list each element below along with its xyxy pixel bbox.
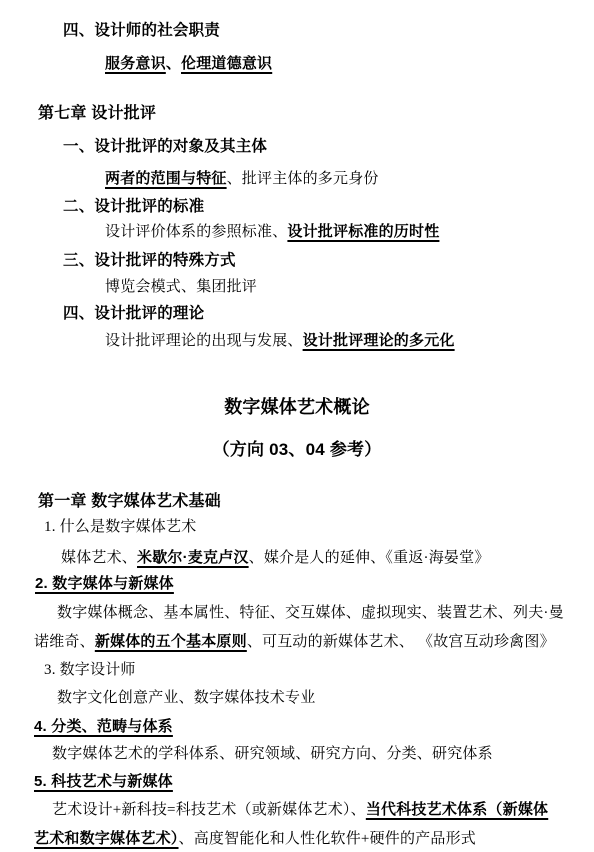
text-run: 、高度智能化和人性化软件+硬件的产品形式 [179,831,476,847]
keypoint-expo-group: 博览会模式、集团批评 [105,277,257,298]
text-run: 艺术设计+新科技=科技艺术（或新媒体艺术）、 [52,802,366,818]
item-criticism-special-mode: 三、设计批评的特殊方式 [63,250,236,271]
item-text: 四、设计批评的理论 [63,305,204,322]
key-term: 设计批评标准的历时性 [287,223,439,240]
item-criticism-theory: 四、设计批评的理论 [63,303,204,324]
heading-text: 四、设计师的社会职责 [63,22,220,39]
text-run: 博览会模式、集团批评 [105,279,257,295]
key-term: 艺术和数字媒体艺术） [34,830,179,847]
topic-5-heading: 5. 科技艺术与新媒体 [34,771,173,792]
keypoint-digital-industry: 数字文化创意产业、数字媒体技术专业 [57,688,315,709]
text-run: 设计批评理论的出现与发展、 [105,333,303,349]
para-techart-line2: 艺术和数字媒体艺术）、高度智能化和人性化软件+硬件的产品形式 [34,828,476,850]
chapter-1-heading: 第一章 数字媒体艺术基础 [38,491,221,512]
doc-subtitle: （方向 03、04 参考） [0,439,594,460]
topic-text: 2. 数字媒体与新媒体 [35,575,174,592]
key-term: 两者的范围与特征 [105,170,227,187]
keypoint-standard-historicity: 设计评价体系的参照标准、设计批评标准的历时性 [105,221,439,243]
topic-4-heading: 4. 分类、范畴与体系 [34,716,173,737]
para-techart-line1: 艺术设计+新科技=科技艺术（或新媒体艺术）、当代科技艺术体系（新媒体 [52,799,548,821]
topic-text: 3. 数字设计师 [44,662,136,678]
topic-3-heading: 3. 数字设计师 [44,660,136,681]
document-page: 四、设计师的社会职责 服务意识、伦理道德意识 第七章 设计批评 一、设计批评的对… [0,0,594,852]
keypoint-mcluhan: 媒体艺术、米歇尔·麦克卢汉、媒介是人的延伸、《重返·海晏堂》 [61,547,490,569]
doc-title: 数字媒体艺术概论 [0,397,594,418]
item-text: 二、设计批评的标准 [63,198,204,215]
topic-text: 1. 什么是数字媒体艺术 [44,519,196,535]
item-text: 三、设计批评的特殊方式 [63,252,236,269]
key-term: 新媒体的五个基本原则 [95,633,247,650]
topic-text: 5. 科技艺术与新媒体 [34,773,173,790]
key-term: 米歇尔·麦克卢汉 [137,549,249,566]
para-newmedia-line2: 诺维奇、新媒体的五个基本原则、可互动的新媒体艺术、 《故宫互动珍禽图》 [34,631,555,653]
para-newmedia-line1: 数字媒体概念、基本属性、特征、交互媒体、虚拟现实、装置艺术、列夫·曼 [57,603,564,624]
key-term: 伦理道德意识 [181,55,272,72]
item-text: 一、设计批评的对象及其主体 [63,138,267,155]
keypoint-discipline-system: 数字媒体艺术的学科体系、研究领域、研究方向、分类、研究体系 [52,744,493,765]
text-run: 、 [166,55,181,72]
doc-subtitle-text: （方向 03、04 参考） [213,440,382,459]
text-run: 媒体艺术、 [61,550,137,566]
keypoint-theory-pluralism: 设计批评理论的出现与发展、设计批评理论的多元化 [105,330,455,352]
topic-2-heading: 2. 数字媒体与新媒体 [35,573,174,594]
text-run: 、批评主体的多元身份 [227,171,379,187]
key-term: 服务意识 [105,55,166,72]
chapter-title-text: 第七章 设计批评 [38,105,156,122]
text-run: 诺维奇、 [34,634,95,650]
key-term: 设计批评理论的多元化 [303,332,455,349]
item-criticism-standard: 二、设计批评的标准 [63,196,204,217]
text-run: 、可互动的新媒体艺术、 《故宫互动珍禽图》 [247,634,555,650]
keypoint-scope-features: 两者的范围与特征、批评主体的多元身份 [105,168,379,190]
text-run: 、媒介是人的延伸、《重返·海晏堂》 [249,550,490,566]
chapter-title-text: 第一章 数字媒体艺术基础 [38,493,221,510]
chapter-7-heading: 第七章 设计批评 [38,103,156,124]
text-run: 数字文化创意产业、数字媒体技术专业 [57,690,315,706]
topic-text: 4. 分类、范畴与体系 [34,718,173,735]
text-run: 设计评价体系的参照标准、 [105,224,287,240]
key-term: 当代科技艺术体系（新媒体 [366,801,548,818]
keypoint-service-ethics: 服务意识、伦理道德意识 [105,53,272,75]
heading-designer-social-duty: 四、设计师的社会职责 [63,20,220,41]
text-run: 数字媒体概念、基本属性、特征、交互媒体、虚拟现实、装置艺术、列夫·曼 [57,605,564,621]
item-criticism-object: 一、设计批评的对象及其主体 [63,136,267,157]
doc-title-text: 数字媒体艺术概论 [224,397,370,417]
text-run: 数字媒体艺术的学科体系、研究领域、研究方向、分类、研究体系 [52,746,493,762]
topic-1-heading: 1. 什么是数字媒体艺术 [44,517,196,538]
